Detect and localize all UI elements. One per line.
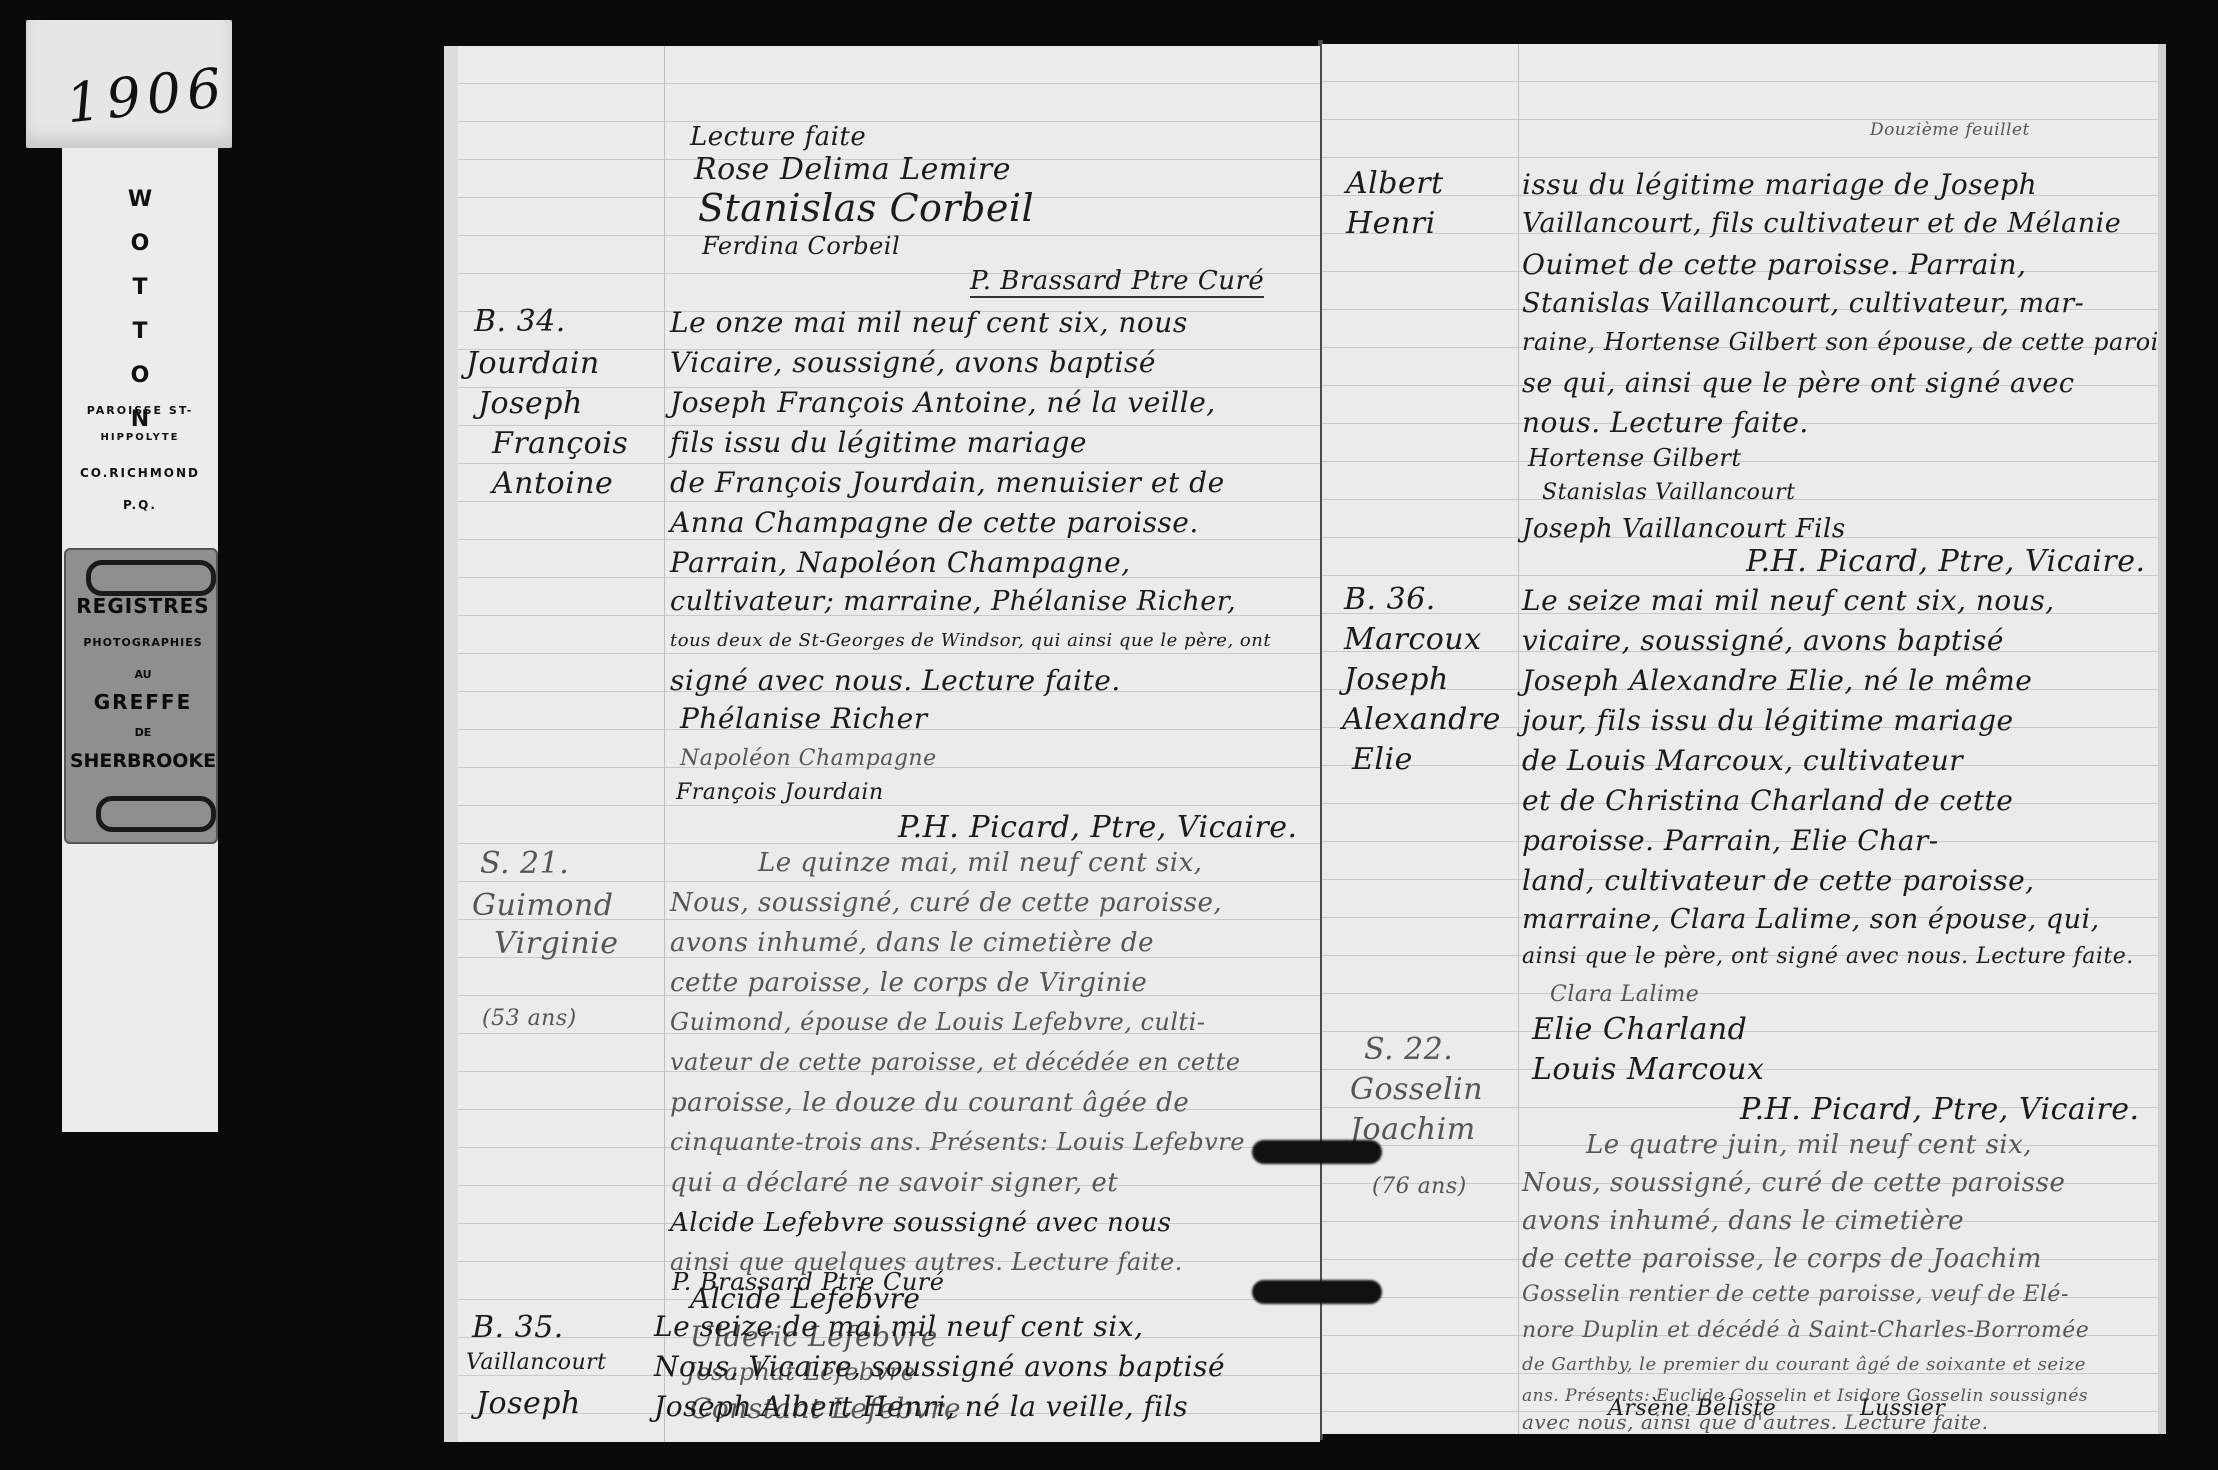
record-line: Alcide Lefebvre soussigné avec nous: [670, 1208, 1172, 1238]
left-page: Lecture faite Rose Delima Lemire Stanisl…: [444, 46, 1320, 1442]
tag-line: AU: [66, 668, 218, 681]
margin-name: Henri: [1346, 206, 1436, 241]
signature: Hortense Gilbert: [1528, 444, 1742, 472]
signature: Lecture faite: [690, 122, 866, 152]
binder-clip-icon: [1252, 1140, 1382, 1164]
record-line: Gosselin rentier de cette paroisse, veuf…: [1522, 1282, 2069, 1307]
record-line: ans. Présents: Euclide Gosselin et Isido…: [1522, 1386, 2088, 1406]
record-line: Joseph François Antoine, né la veille,: [670, 386, 1216, 419]
signature: Clara Lalime: [1550, 982, 1699, 1007]
parish-name-vertical: W O T T O N: [62, 178, 218, 442]
strip-letter: W: [62, 178, 218, 222]
signature: Rose Delima Lemire: [694, 152, 1011, 187]
priest-signature: P. Brassard Ptre Curé: [970, 266, 1264, 298]
margin-name: Joseph: [476, 1386, 581, 1421]
margin-name: Jourdain: [466, 346, 600, 381]
strip-letter: T: [62, 266, 218, 310]
signature: Stanislas Corbeil: [698, 186, 1034, 230]
record-line: et de Christina Charland de cette: [1522, 784, 2013, 817]
record-line: Le quatre juin, mil neuf cent six,: [1586, 1130, 2032, 1160]
margin-name: Joseph: [1344, 662, 1449, 697]
tag-line: DE: [66, 726, 218, 739]
tag-line: SHERBROOKE: [66, 750, 218, 772]
record-line: Nous, soussigné, curé de cette paroisse,: [670, 888, 1222, 918]
record-line: jour, fils issu du légitime mariage: [1522, 704, 2014, 737]
entry-code: B. 35.: [472, 1310, 564, 1345]
signature: Louis Marcoux: [1532, 1052, 1764, 1087]
margin-name: François: [492, 426, 628, 461]
tag-line: REGISTRES: [66, 594, 218, 618]
signature: Napoléon Champagne: [680, 746, 937, 771]
margin-name: Gosselin: [1350, 1072, 1483, 1107]
record-line: Parrain, Napoléon Champagne,: [670, 546, 1131, 579]
tag-line: GREFFE: [66, 690, 218, 714]
record-line: paroisse, le douze du courant âgée de: [670, 1088, 1189, 1118]
record-line: de Louis Marcoux, cultivateur: [1522, 744, 1963, 777]
age-note: (53 ans): [482, 1006, 577, 1031]
record-line: cultivateur; marraine, Phélanise Richer,: [670, 586, 1236, 617]
folio-note: Douzième feuillet: [1870, 120, 2030, 140]
record-line: Stanislas Vaillancourt, cultivateur, mar…: [1522, 288, 2084, 319]
record-line: raine, Hortense Gilbert son épouse, de c…: [1522, 328, 2166, 356]
margin-name: Elie: [1352, 742, 1413, 777]
priest-signature: P.H. Picard, Ptre, Vicaire.: [1740, 1092, 2140, 1127]
paperclip-bottom-icon: [96, 796, 216, 832]
paperclip-top-icon: [86, 560, 216, 596]
record-line: paroisse. Parrain, Elie Char-: [1522, 824, 1939, 857]
record-line: Le onze mai mil neuf cent six, nous: [670, 306, 1188, 339]
entry-code: S. 21.: [480, 846, 569, 881]
record-line: Ouimet de cette paroisse. Parrain,: [1522, 248, 2026, 281]
record-line: signé avec nous. Lecture faite.: [670, 664, 1121, 697]
registry-tag: REGISTRES PHOTOGRAPHIES AU GREFFE DE SHE…: [64, 548, 218, 844]
priest-signature: P.H. Picard, Ptre, Vicaire.: [898, 810, 1298, 845]
record-line: Joseph Albert Henri, né la veille, fils: [654, 1390, 1188, 1423]
record-line: de Garthby, le premier du courant âgé de…: [1522, 1354, 2086, 1375]
record-line: cinquante-trois ans. Présents: Louis Lef…: [670, 1128, 1245, 1156]
margin-name: Joseph: [478, 386, 583, 421]
signature: François Jourdain: [676, 780, 884, 805]
entry-code: S. 22.: [1364, 1032, 1453, 1067]
record-line: se qui, ainsi que le père ont signé avec: [1522, 368, 2075, 399]
entry-code: B. 34.: [474, 304, 566, 339]
margin-name: Albert: [1346, 166, 1444, 201]
signature: Lussier: [1860, 1396, 1945, 1421]
margin-name: Guimond: [472, 888, 613, 923]
signature: Ferdina Corbeil: [702, 232, 900, 260]
year-text: 1906: [63, 56, 230, 136]
record-line: Nous, Vicaire, soussigné avons baptisé: [654, 1350, 1225, 1383]
record-line: de François Jourdain, menuisier et de: [670, 466, 1225, 499]
margin-name: Marcoux: [1344, 622, 1482, 657]
record-line: avons inhumé, dans le cimetière de: [670, 928, 1154, 958]
strip-letter: O: [62, 222, 218, 266]
margin-name: Antoine: [492, 466, 613, 501]
margin-line: [1518, 44, 1519, 1434]
record-line: issu du légitime mariage de Joseph: [1522, 168, 2037, 201]
record-line: fils issu du légitime mariage: [670, 426, 1087, 459]
margin-line: [664, 46, 665, 1442]
signature: Joseph Vaillancourt Fils: [1522, 514, 1846, 544]
record-line: qui a déclaré ne savoir signer, et: [670, 1168, 1118, 1198]
record-line: marraine, Clara Lalime, son épouse, qui,: [1522, 904, 2100, 935]
tag-line: PHOTOGRAPHIES: [66, 636, 218, 649]
margin-name: Virginie: [494, 926, 619, 961]
parish-label: PAROISSE ST-: [62, 404, 218, 417]
signature: Stanislas Vaillancourt: [1542, 480, 1795, 505]
binder-clip-icon: [1252, 1280, 1382, 1304]
record-line: nore Duplin et décédé à Saint-Charles-Bo…: [1522, 1318, 2089, 1343]
record-line: avons inhumé, dans le cimetière: [1522, 1206, 1964, 1236]
record-line: de cette paroisse, le corps de Joachim: [1522, 1244, 2042, 1274]
signature: Elie Charland: [1532, 1012, 1747, 1047]
record-line: Le seize de mai mil neuf cent six,: [654, 1310, 1143, 1343]
record-line: nous. Lecture faite.: [1522, 406, 1809, 439]
priest-signature: P.H. Picard, Ptre, Vicaire.: [1746, 544, 2146, 579]
margin-name: Vaillancourt: [466, 1350, 606, 1375]
strip-letter: T: [62, 310, 218, 354]
priest-signature: P. Brassard Ptre Curé: [672, 1268, 944, 1296]
record-line: land, cultivateur de cette paroisse,: [1522, 864, 2035, 897]
year-label: 1906: [26, 20, 232, 148]
record-line: Le quinze mai, mil neuf cent six,: [758, 848, 1203, 878]
right-page: Douzième feuillet Albert Henri issu du l…: [1322, 44, 2166, 1434]
record-line: Joseph Alexandre Elie, né le même: [1522, 664, 2032, 697]
record-line: Anna Champagne de cette paroisse.: [670, 506, 1199, 539]
signature: Phélanise Richer: [680, 702, 928, 735]
record-line: Le seize mai mil neuf cent six, nous,: [1522, 584, 2055, 617]
county-label: CO.RICHMOND: [62, 466, 218, 480]
record-line: Guimond, épouse de Louis Lefebvre, culti…: [670, 1008, 1205, 1036]
record-line: Nous, soussigné, curé de cette paroisse: [1522, 1168, 2065, 1198]
record-line: tous deux de St-Georges de Windsor, qui …: [670, 630, 1271, 651]
record-line: Vicaire, soussigné, avons baptisé: [670, 346, 1156, 379]
margin-name: Alexandre: [1342, 702, 1501, 737]
record-line: vateur de cette paroisse, et décédée en …: [670, 1048, 1241, 1076]
record-line: Vaillancourt, fils cultivateur et de Mél…: [1522, 208, 2121, 239]
record-line: ainsi que le père, ont signé avec nous. …: [1522, 944, 2134, 969]
record-line: vicaire, soussigné, avons baptisé: [1522, 624, 2004, 657]
strip-letter: O: [62, 354, 218, 398]
entry-code: B. 36.: [1344, 582, 1436, 617]
parish-saint: HIPPOLYTE: [62, 432, 218, 443]
record-line: cette paroisse, le corps de Virginie: [670, 968, 1147, 998]
age-note: (76 ans): [1372, 1174, 1467, 1199]
signature: Arsène Béliste: [1608, 1396, 1776, 1421]
province-label: P.Q.: [62, 498, 218, 512]
